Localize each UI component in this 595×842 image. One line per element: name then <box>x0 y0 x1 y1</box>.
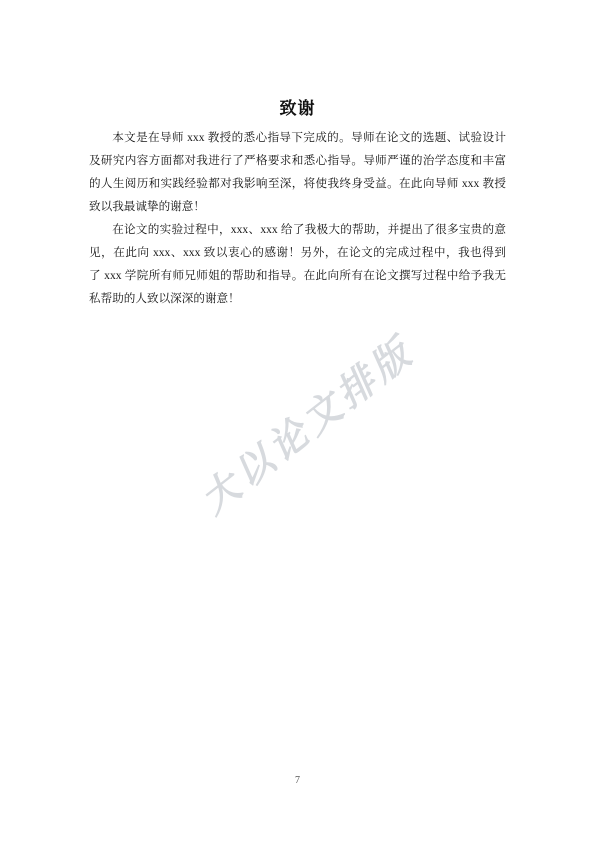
body-line: 私帮助的人致以深深的谢意！ <box>89 287 506 310</box>
body-line: 致以我最诚挚的谢意！ <box>89 195 506 218</box>
watermark: 大以论文排版 <box>186 322 423 524</box>
body-line: 及研究内容方面都对我进行了严格要求和悉心指导。导师严谨的治学态度和丰富 <box>89 149 506 172</box>
body-line: 了 xxx 学院所有师兄师姐的帮助和指导。在此向所有在论文撰写过程中给予我无 <box>89 264 506 287</box>
body-line: 见，在此向 xxx、xxx 致以衷心的感谢！另外，在论文的完成过程中，我也得到 <box>89 241 506 264</box>
document-page: 大以论文排版 致谢 本文是在导师 xxx 教授的悉心指导下完成的。导师在论文的选… <box>0 0 595 842</box>
page-number: 7 <box>0 775 595 787</box>
body-line: 在论文的实验过程中，xxx、xxx 给了我极大的帮助，并提出了很多宝贵的意 <box>89 218 506 241</box>
paragraph-2: 在论文的实验过程中，xxx、xxx 给了我极大的帮助，并提出了很多宝贵的意 见，… <box>89 218 506 310</box>
body-text: 本文是在导师 xxx 教授的悉心指导下完成的。导师在论文的选题、试验设计 及研究… <box>89 126 506 310</box>
paragraph-1: 本文是在导师 xxx 教授的悉心指导下完成的。导师在论文的选题、试验设计 及研究… <box>89 126 506 218</box>
page-title: 致谢 <box>0 0 595 117</box>
body-line: 的人生阅历和实践经验都对我影响至深，将使我终身受益。在此向导师 xxx 教授 <box>89 172 506 195</box>
body-line: 本文是在导师 xxx 教授的悉心指导下完成的。导师在论文的选题、试验设计 <box>89 126 506 149</box>
